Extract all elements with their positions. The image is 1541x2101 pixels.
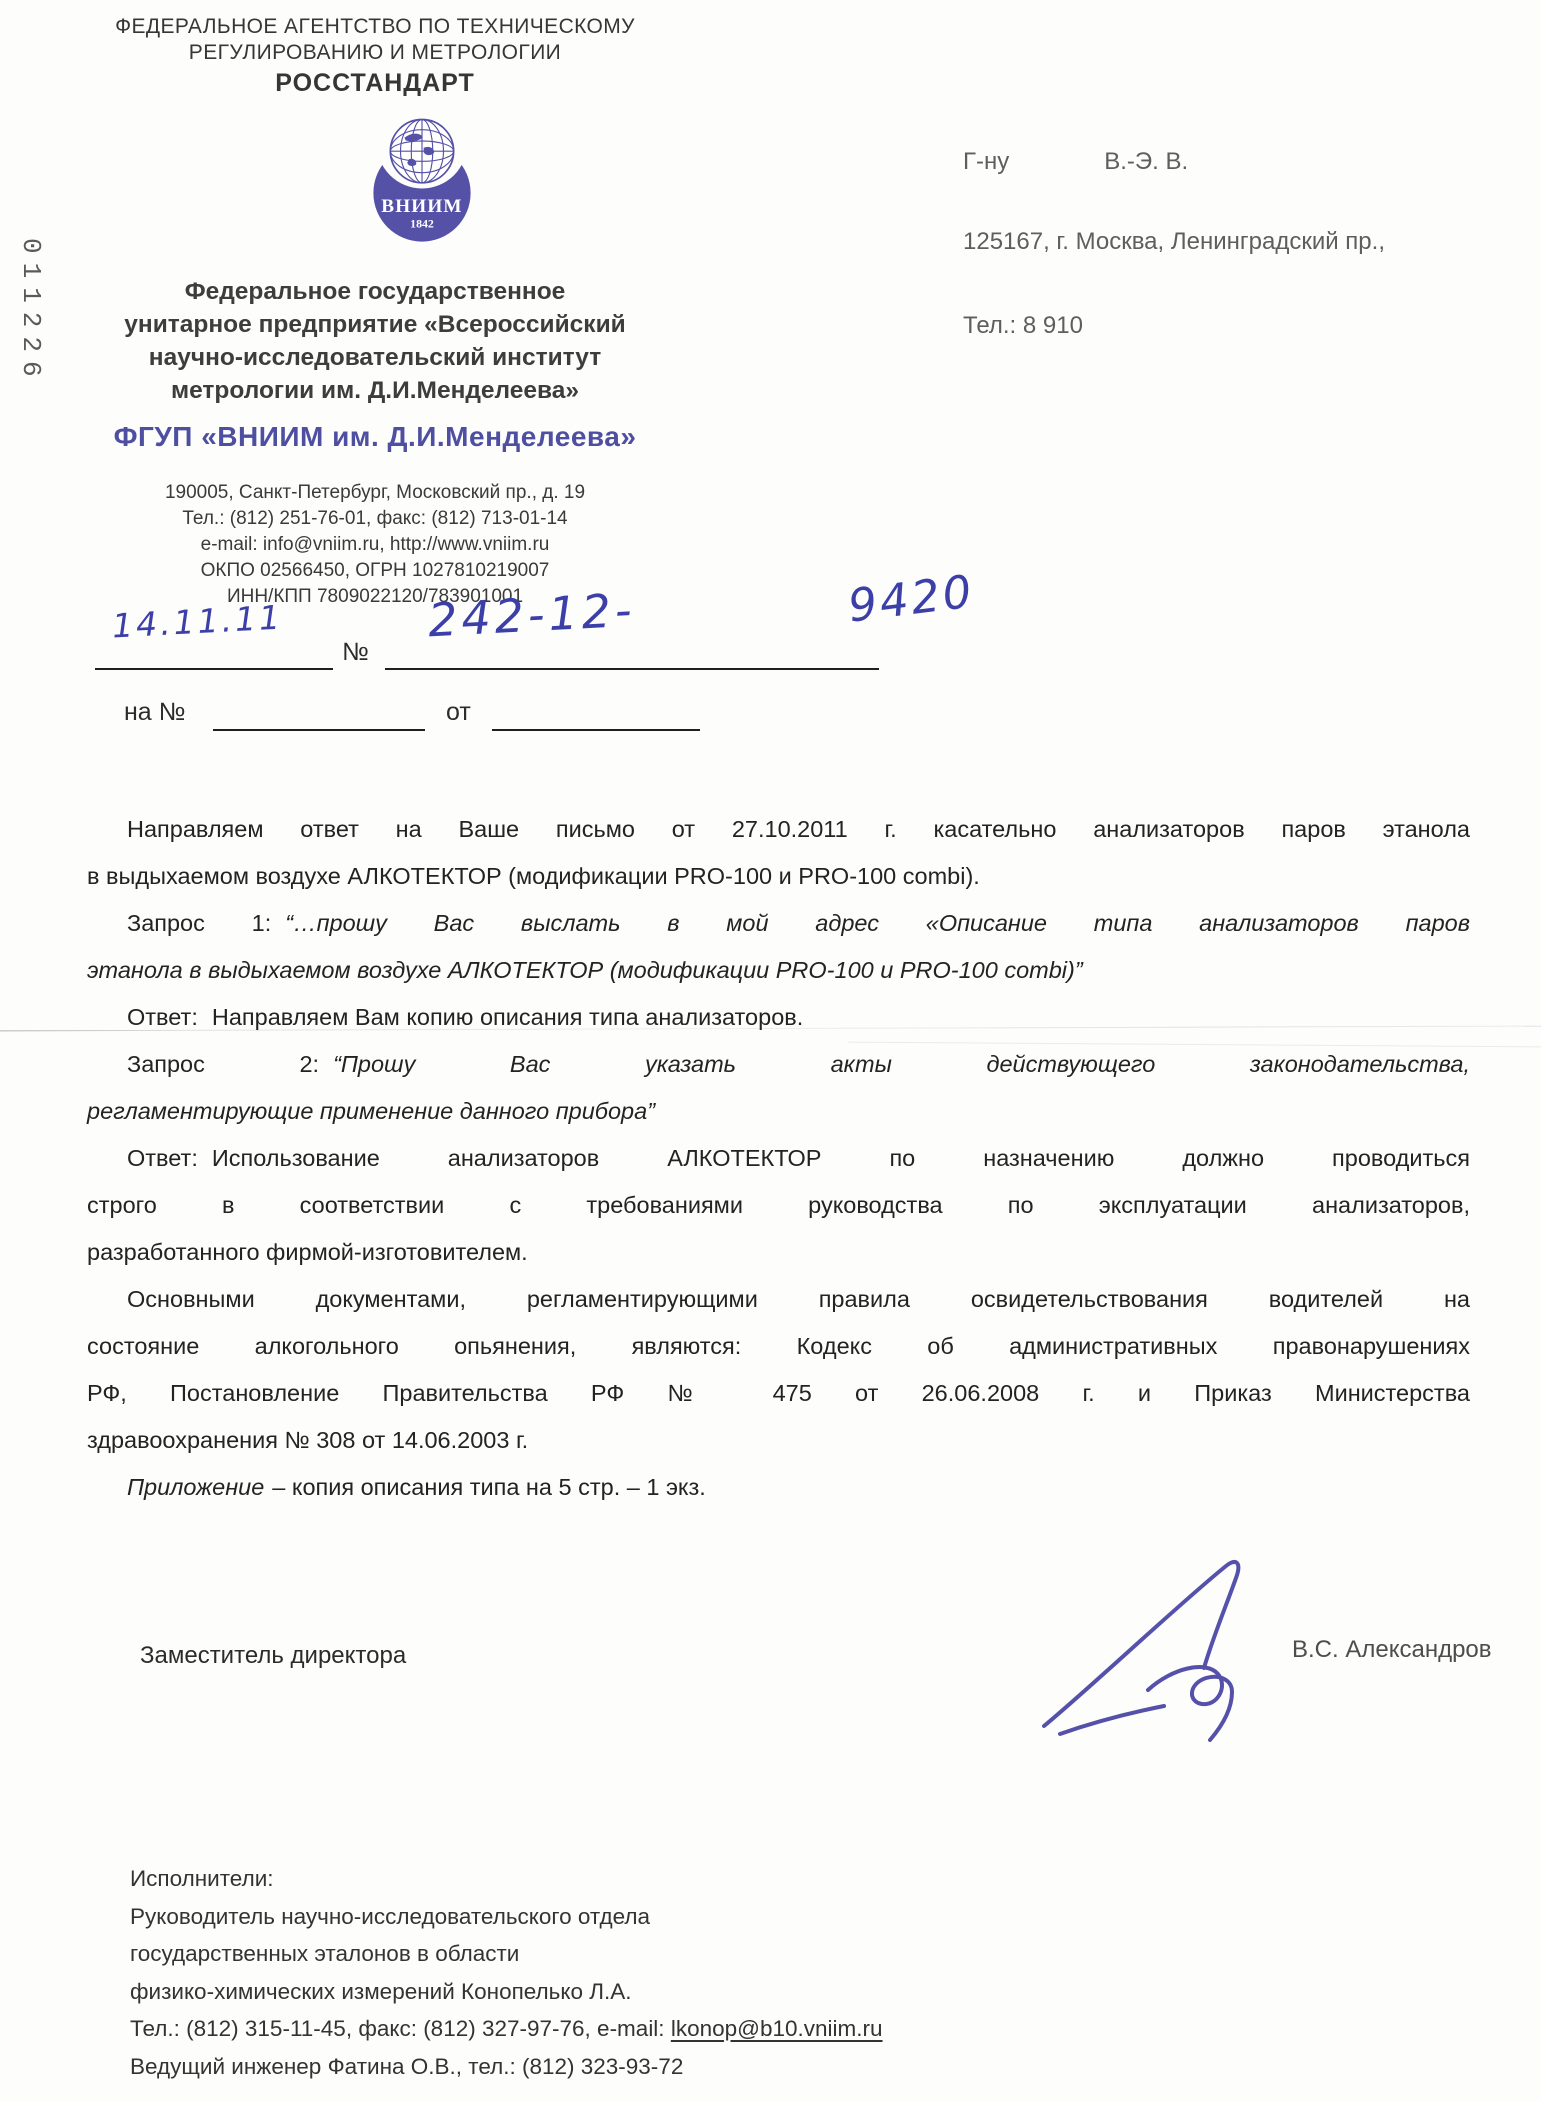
org-phone-fax: Тел.: (812) 251-76-01, факс: (812) 713-0… [85,506,665,532]
agency-name: ФЕДЕРАЛЬНОЕ АГЕНТСТВО ПО ТЕХНИЧЕСКОМУ РЕ… [85,14,665,66]
regulations-line-2: состояние алкогольного опьянения, являют… [87,1323,1470,1370]
globe-icon [390,120,453,183]
logo-vniim-text: ВНИИМ [381,196,462,217]
letterhead: ФЕДЕРАЛЬНОЕ АГЕНТСТВО ПО ТЕХНИЧЕСКОМУ РЕ… [85,0,665,610]
org-line-1: Федеральное государственное [85,275,665,308]
signer-title: Заместитель директора [140,1642,406,1670]
executors-heading: Исполнители: [130,1860,883,1898]
incoming-stamp-number: 011226 [16,238,46,386]
request-2-quote-line-2: регламентирующие применение данного приб… [87,1088,1470,1135]
answer-2-paragraph: Ответ:Использование анализаторов АЛКОТЕК… [87,1135,1470,1276]
request-1-quote-line-2: этанола в выдыхаемом воздухе АЛКОТЕКТОР … [87,947,1470,994]
in-reply-to-date-label: от [446,698,471,727]
request-2-quote-line-1: “Прошу Вас указать акты действующего зак… [333,1051,1470,1077]
letter-body: Направляем ответ на Ваше письмо от 27.10… [87,806,1470,1511]
request-1-paragraph: Запрос 1:“…прошу Вас выслать в мой адрес… [87,900,1470,994]
request-2-label: Запрос 2: [127,1051,319,1077]
intro-line-1: Направляем ответ на Ваше письмо от 27.10… [87,806,1470,853]
answer-2-label: Ответ: [127,1145,198,1171]
regulations-paragraph: Основными документами, регламентирующими… [87,1276,1470,1464]
answer-1-paragraph: Ответ:Направляем Вам копию описания типа… [87,994,1470,1041]
answer-2-line-2: строго в соответствии с требованиями рук… [87,1182,1470,1229]
executor-title-line-3: физико-химических измерений Конопелько Л… [130,1973,883,2011]
org-email-site: e-mail: info@vniim.ru, http://www.vniim.… [85,532,665,558]
intro-paragraph: Направляем ответ на Ваше письмо от 27.10… [87,806,1470,900]
recipient-address: 125167, г. Москва, Ленинградский пр., [963,228,1503,256]
executor-phone-fax: Тел.: (812) 315-11-45, факс: (812) 327-9… [130,2016,671,2041]
handwritten-outgoing-number-suffix: 9420 [845,564,977,632]
org-line-2: унитарное предприятие «Всероссийский [85,308,665,341]
recipient-block: Г-ну В.-Э. В. 125167, г. Москва, Ленингр… [963,148,1503,340]
org-line-3: научно-исследовательский институт [85,341,665,374]
recipient-phone: Тел.: 8 910 [963,312,1503,340]
org-okpo-ogrn: ОКПО 02566450, ОГРН 1027810219007 [85,558,665,584]
answer-2-line-3: разработанного фирмой-изготовителем. [87,1229,1470,1276]
regulations-line-3: РФ, Постановление Правительства РФ № 475… [87,1370,1470,1417]
executor-title-line-2: государственных эталонов в области [130,1935,883,1973]
recipient-initials: В.-Э. В. [1104,148,1188,176]
in-reply-to-number-label: на № [124,698,185,727]
scanned-letter-page: 011226 ФЕДЕРАЛЬНОЕ АГЕНТСТВО ПО ТЕХНИЧЕС… [0,0,1541,2101]
request-2-paragraph: Запрос 2:“Прошу Вас указать акты действу… [87,1041,1470,1135]
in-reply-to-number-underline [213,729,425,731]
recipient-name-row: Г-ну В.-Э. В. [963,148,1503,176]
handwritten-signature-icon [1030,1548,1280,1743]
attachment-label: Приложение [127,1474,264,1500]
attachment-paragraph: Приложение– копия описания типа на 5 стр… [87,1464,1470,1511]
executors-block: Исполнители: Руководитель научно-исследо… [130,1860,883,2085]
signer-name: В.С. Александров [1292,1636,1492,1664]
in-reply-to-date-underline [492,729,700,731]
agency-line-2: РЕГУЛИРОВАНИЮ И МЕТРОЛОГИИ [85,40,665,66]
org-address: 190005, Санкт-Петербург, Московский пр.,… [85,480,665,506]
executor-contacts-line: Тел.: (812) 315-11-45, факс: (812) 327-9… [130,2010,883,2048]
intro-line-2: в выдыхаемом воздухе АЛКОТЕКТОР (модифик… [87,853,1470,900]
answer-2-line-1: Использование анализаторов АЛКОТЕКТОР по… [212,1145,1470,1171]
rosstandart-title: РОССТАНДАРТ [85,68,665,99]
vniim-logo-icon: ВНИИМ 1842 [357,115,487,245]
agency-line-1: ФЕДЕРАЛЬНОЕ АГЕНТСТВО ПО ТЕХНИЧЕСКОМУ [85,14,665,40]
date-underline [95,668,333,670]
handwritten-outgoing-number: 242-12- [427,583,637,648]
request-1-quote-line-1: “…прошу Вас выслать в мой адрес «Описани… [285,910,1470,936]
org-full-name: Федеральное государственное унитарное пр… [85,275,665,407]
executor-email-link[interactable]: lkonop@b10.vniim.ru [671,2016,883,2041]
recipient-salutation: Г-ну [963,148,1009,176]
number-underline [385,668,879,670]
lead-engineer-line: Ведущий инженер Фатина О.В., тел.: (812)… [130,2048,883,2086]
org-short-name: ФГУП «ВНИИМ им. Д.И.Менделеева» [85,418,665,456]
answer-1-text: Направляем Вам копию описания типа анали… [212,1004,803,1030]
org-line-4: метрологии им. Д.И.Менделеева» [85,374,665,407]
regulations-line-4: здравоохранения № 308 от 14.06.2003 г. [87,1417,1470,1464]
regulations-line-1: Основными документами, регламентирующими… [87,1276,1470,1323]
logo-year-text: 1842 [410,216,434,230]
handwritten-date: 14.11.11 [111,598,284,646]
executor-title-line-1: Руководитель научно-исследовательского о… [130,1898,883,1936]
request-1-label: Запрос 1: [127,910,271,936]
attachment-text: – копия описания типа на 5 стр. – 1 экз. [272,1474,706,1500]
answer-1-label: Ответ: [127,1004,198,1030]
number-sign-label: № [342,638,369,667]
